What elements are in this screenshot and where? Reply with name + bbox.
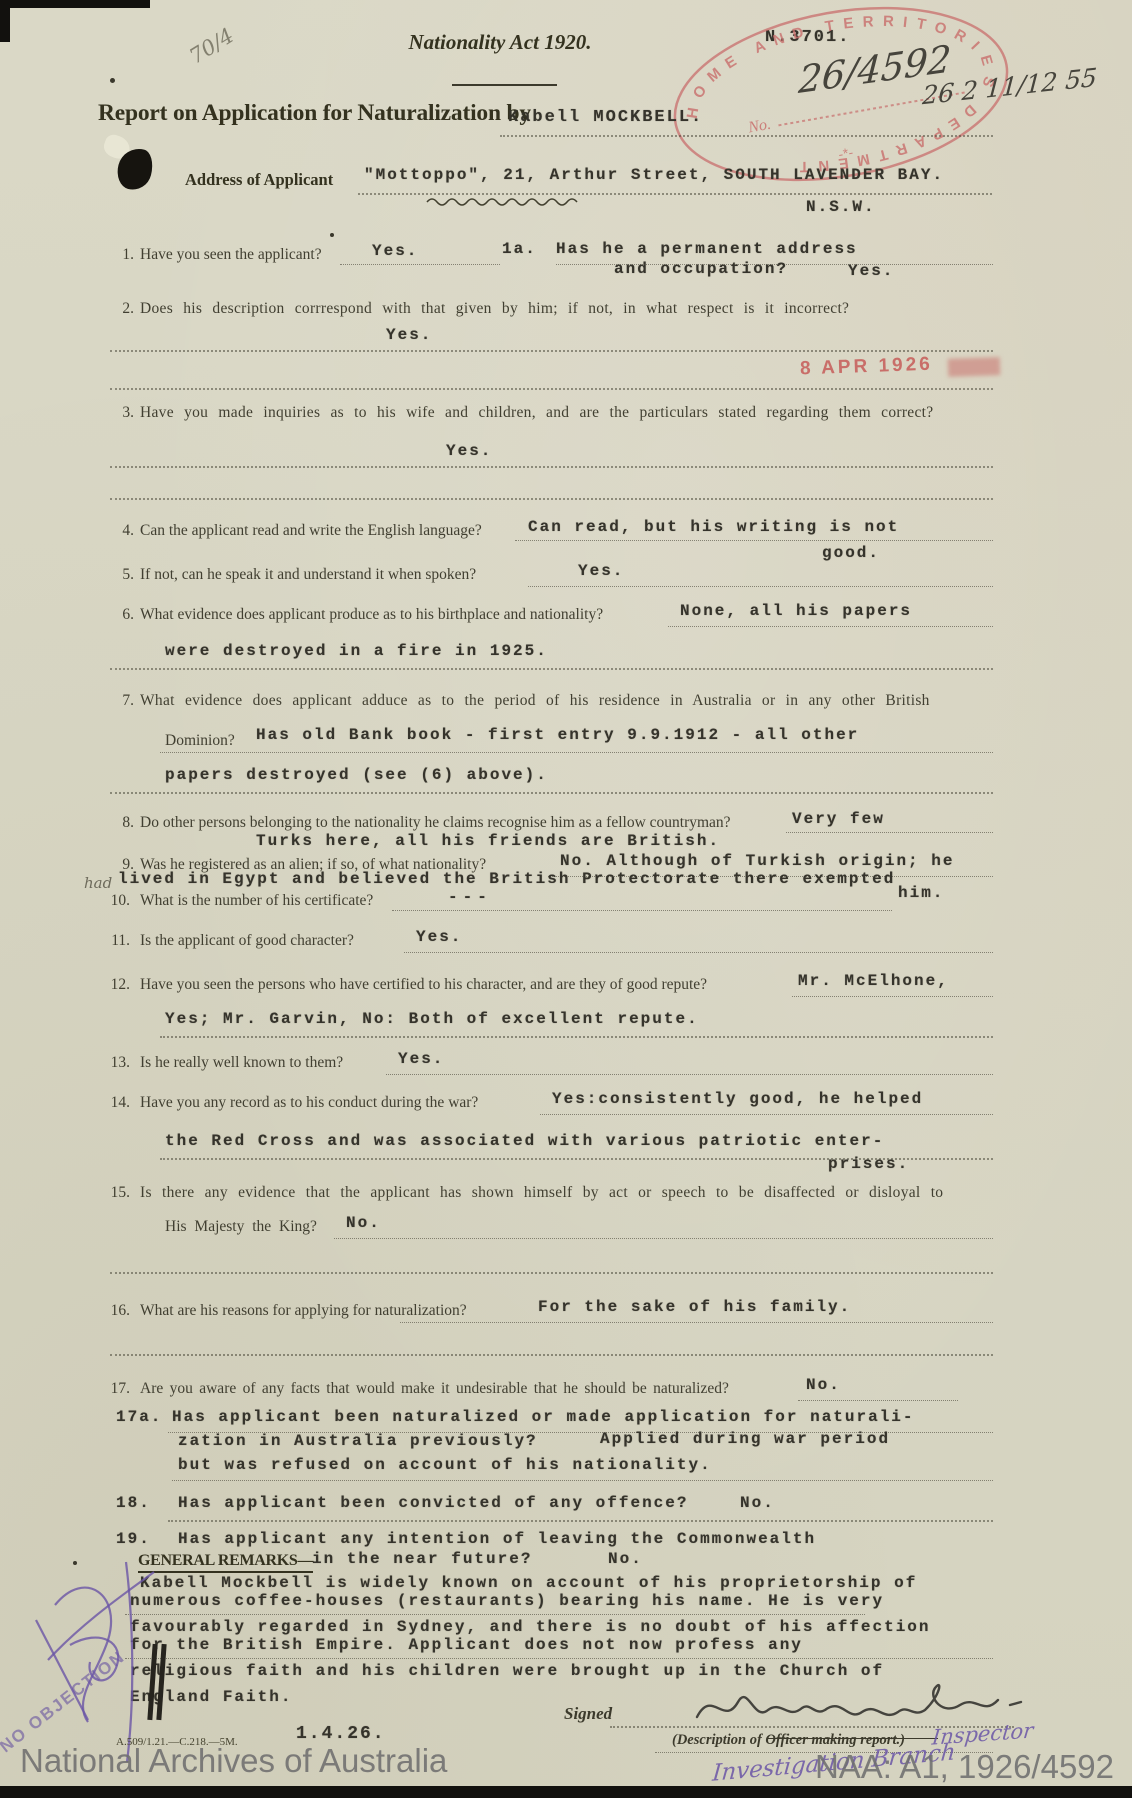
date-received-stamp: 8 APR 1926 [800, 354, 933, 381]
q12-text: Have you seen the persons who have certi… [140, 976, 707, 994]
q10-number: 10. [100, 892, 130, 910]
q7-answer-line2: papers destroyed (see (6) above). [165, 766, 548, 784]
q19-number: 19. [116, 1530, 151, 1548]
q16-number: 16. [100, 1302, 130, 1320]
q17a-line1: Has applicant been naturalized or made a… [172, 1408, 915, 1426]
q7-number: 7. [104, 692, 134, 710]
q2-answer: Yes. [386, 326, 432, 344]
q8-answer-line2: Turks here, all his friends are British. [256, 832, 720, 850]
q7-text-line2: Dominion? [165, 732, 235, 750]
q1a-text-line1: Has he a permanent address [556, 240, 858, 258]
q11-answer: Yes. [416, 928, 462, 946]
q4-number: 4. [104, 522, 134, 540]
q18-answer: No. [740, 1494, 775, 1512]
q8-answer-line1: Very few [792, 810, 885, 828]
remarks-line-2: numerous coffee-houses (restaurants) bea… [130, 1592, 884, 1610]
report-title: Report on Application for Naturalization… [98, 100, 531, 127]
pencil-annotation: 70/4 [185, 23, 238, 68]
q18-number: 18. [116, 1494, 151, 1512]
scan-edge-corner [0, 0, 10, 42]
q17a-line3: but was refused on account of his nation… [178, 1456, 712, 1474]
q1a-text-line2: and occupation? [614, 260, 788, 278]
address-label: Address of Applicant [185, 170, 333, 190]
stamp-star: -*- [837, 144, 855, 162]
q12-answer-line1: Mr. McElhone, [798, 972, 949, 990]
q19-line1: Has applicant any intention of leaving t… [178, 1530, 816, 1548]
q17a-number: 17a. [116, 1408, 162, 1426]
q5-text: If not, can he speak it and understand i… [140, 566, 476, 584]
archive-footer-left: National Archives of Australia [20, 1742, 447, 1780]
q17a-line2: zation in Australia previously? [178, 1432, 538, 1450]
q1-answer: Yes. [372, 242, 418, 260]
q10-answer: --- [448, 888, 492, 906]
q7-text-line1: What evidence does applicant adduce as t… [140, 692, 930, 710]
paper-speck [330, 233, 334, 237]
signed-label: Signed [564, 1704, 612, 1724]
q4-text: Can the applicant read and write the Eng… [140, 522, 482, 540]
q8-text: Do other persons belonging to the nation… [140, 814, 731, 832]
q10-text: What is the number of his certificate? [140, 892, 373, 910]
q6-number: 6. [104, 606, 134, 624]
q5-number: 5. [104, 566, 134, 584]
archive-footer-right: NAA: A1, 1926/4592 [815, 1748, 1114, 1786]
applicant-name: Kabell MOCKBELL. [508, 108, 703, 127]
q9-answer-line3: him. [898, 884, 944, 902]
q6-answer-line2: were destroyed in a fire in 1925. [165, 642, 548, 660]
remarks-line-4: for the British Empire. Applicant does n… [130, 1636, 803, 1654]
q16-text: What are his reasons for applying for na… [140, 1302, 467, 1320]
address-state: N.S.W. [806, 198, 876, 216]
wavy-underline [427, 196, 577, 206]
q17a-answer1: Applied during war period [600, 1430, 890, 1448]
q14-text: Have you any record as to his conduct du… [140, 1094, 478, 1112]
q9-answer-line2: lived in Egypt and believed the British … [118, 870, 895, 888]
q4-answer-line2: good. [822, 544, 880, 562]
q3-answer: Yes. [446, 442, 492, 460]
scan-edge-bottom [0, 1786, 1132, 1798]
q14-number: 14. [100, 1094, 130, 1112]
q2-number: 2. [104, 300, 134, 318]
q15-answer: No. [346, 1214, 381, 1232]
q14-answer-line3: prises. [828, 1155, 909, 1173]
q12-answer-line2: Yes; Mr. Garvin, No: Both of excellent r… [165, 1010, 699, 1028]
q14-answer-line2: the Red Cross and was associated with va… [165, 1132, 884, 1150]
q18-text: Has applicant been convicted of any offe… [178, 1494, 688, 1512]
q7-answer-line1: Has old Bank book - first entry 9.9.1912… [256, 726, 859, 744]
q3-text: Have you made inquiries as to his wife a… [140, 404, 933, 422]
q6-text: What evidence does applicant produce as … [140, 606, 603, 624]
address-value: "Mottoppo", 21, Arthur Street, SOUTH LAV… [364, 166, 944, 184]
title-rule [452, 84, 557, 86]
description-strike [768, 1738, 938, 1739]
remarks-line-3: favourably regarded in Sydney, and there… [130, 1618, 931, 1636]
q9-margin-insert: had [84, 874, 112, 892]
q14-answer-line1: Yes:consistently good, he helped [552, 1090, 923, 1108]
q17-number: 17. [100, 1380, 130, 1398]
remarks-line-1: Kabell Mockbell is widely known on accou… [140, 1574, 917, 1592]
q13-text: Is he really well known to them? [140, 1054, 343, 1072]
q2-text: Does his description corrrespond with th… [140, 300, 849, 318]
q15-text-line2: His Majesty the King? [165, 1218, 317, 1236]
q17-text: Are you aware of any facts that would ma… [140, 1380, 729, 1398]
q11-number: 11. [100, 932, 130, 950]
act-title: Nationality Act 1920. [380, 30, 620, 55]
q6-answer-line1: None, all his papers [680, 602, 912, 620]
q12-number: 12. [100, 976, 130, 994]
scanned-document-page: 70/4 Nationality Act 1920. N.3701. HOME … [0, 0, 1132, 1798]
q19-line2: in the near future? [312, 1550, 532, 1568]
q1a-number: 1a. [502, 240, 537, 258]
stamp-no-label: No. [746, 116, 772, 137]
q13-number: 13. [100, 1054, 130, 1072]
q3-number: 3. [104, 404, 134, 422]
q4-answer-line1: Can read, but his writing is not [528, 518, 899, 536]
q5-answer: Yes. [578, 562, 624, 580]
q9-answer-line1: No. Although of Turkish origin; he [560, 852, 954, 870]
q15-text-line1: Is there any evidence that the applicant… [140, 1184, 943, 1202]
q8-number: 8. [104, 814, 134, 832]
q17-answer: No. [806, 1376, 841, 1394]
q13-answer: Yes. [398, 1050, 444, 1068]
typed-date: 1.4.26. [296, 1724, 386, 1744]
q19-answer: No. [608, 1550, 643, 1568]
stamp-smudge [948, 357, 1001, 377]
paper-speck [110, 78, 115, 83]
scan-edge-top [0, 0, 150, 8]
q16-answer: For the sake of his family. [538, 1298, 851, 1316]
q1-number: 1. [104, 246, 134, 264]
q11-text: Is the applicant of good character? [140, 932, 354, 950]
paper-speck [73, 1561, 77, 1565]
q1-text: Have you seen the applicant? [140, 246, 322, 264]
q15-number: 15. [100, 1184, 130, 1202]
